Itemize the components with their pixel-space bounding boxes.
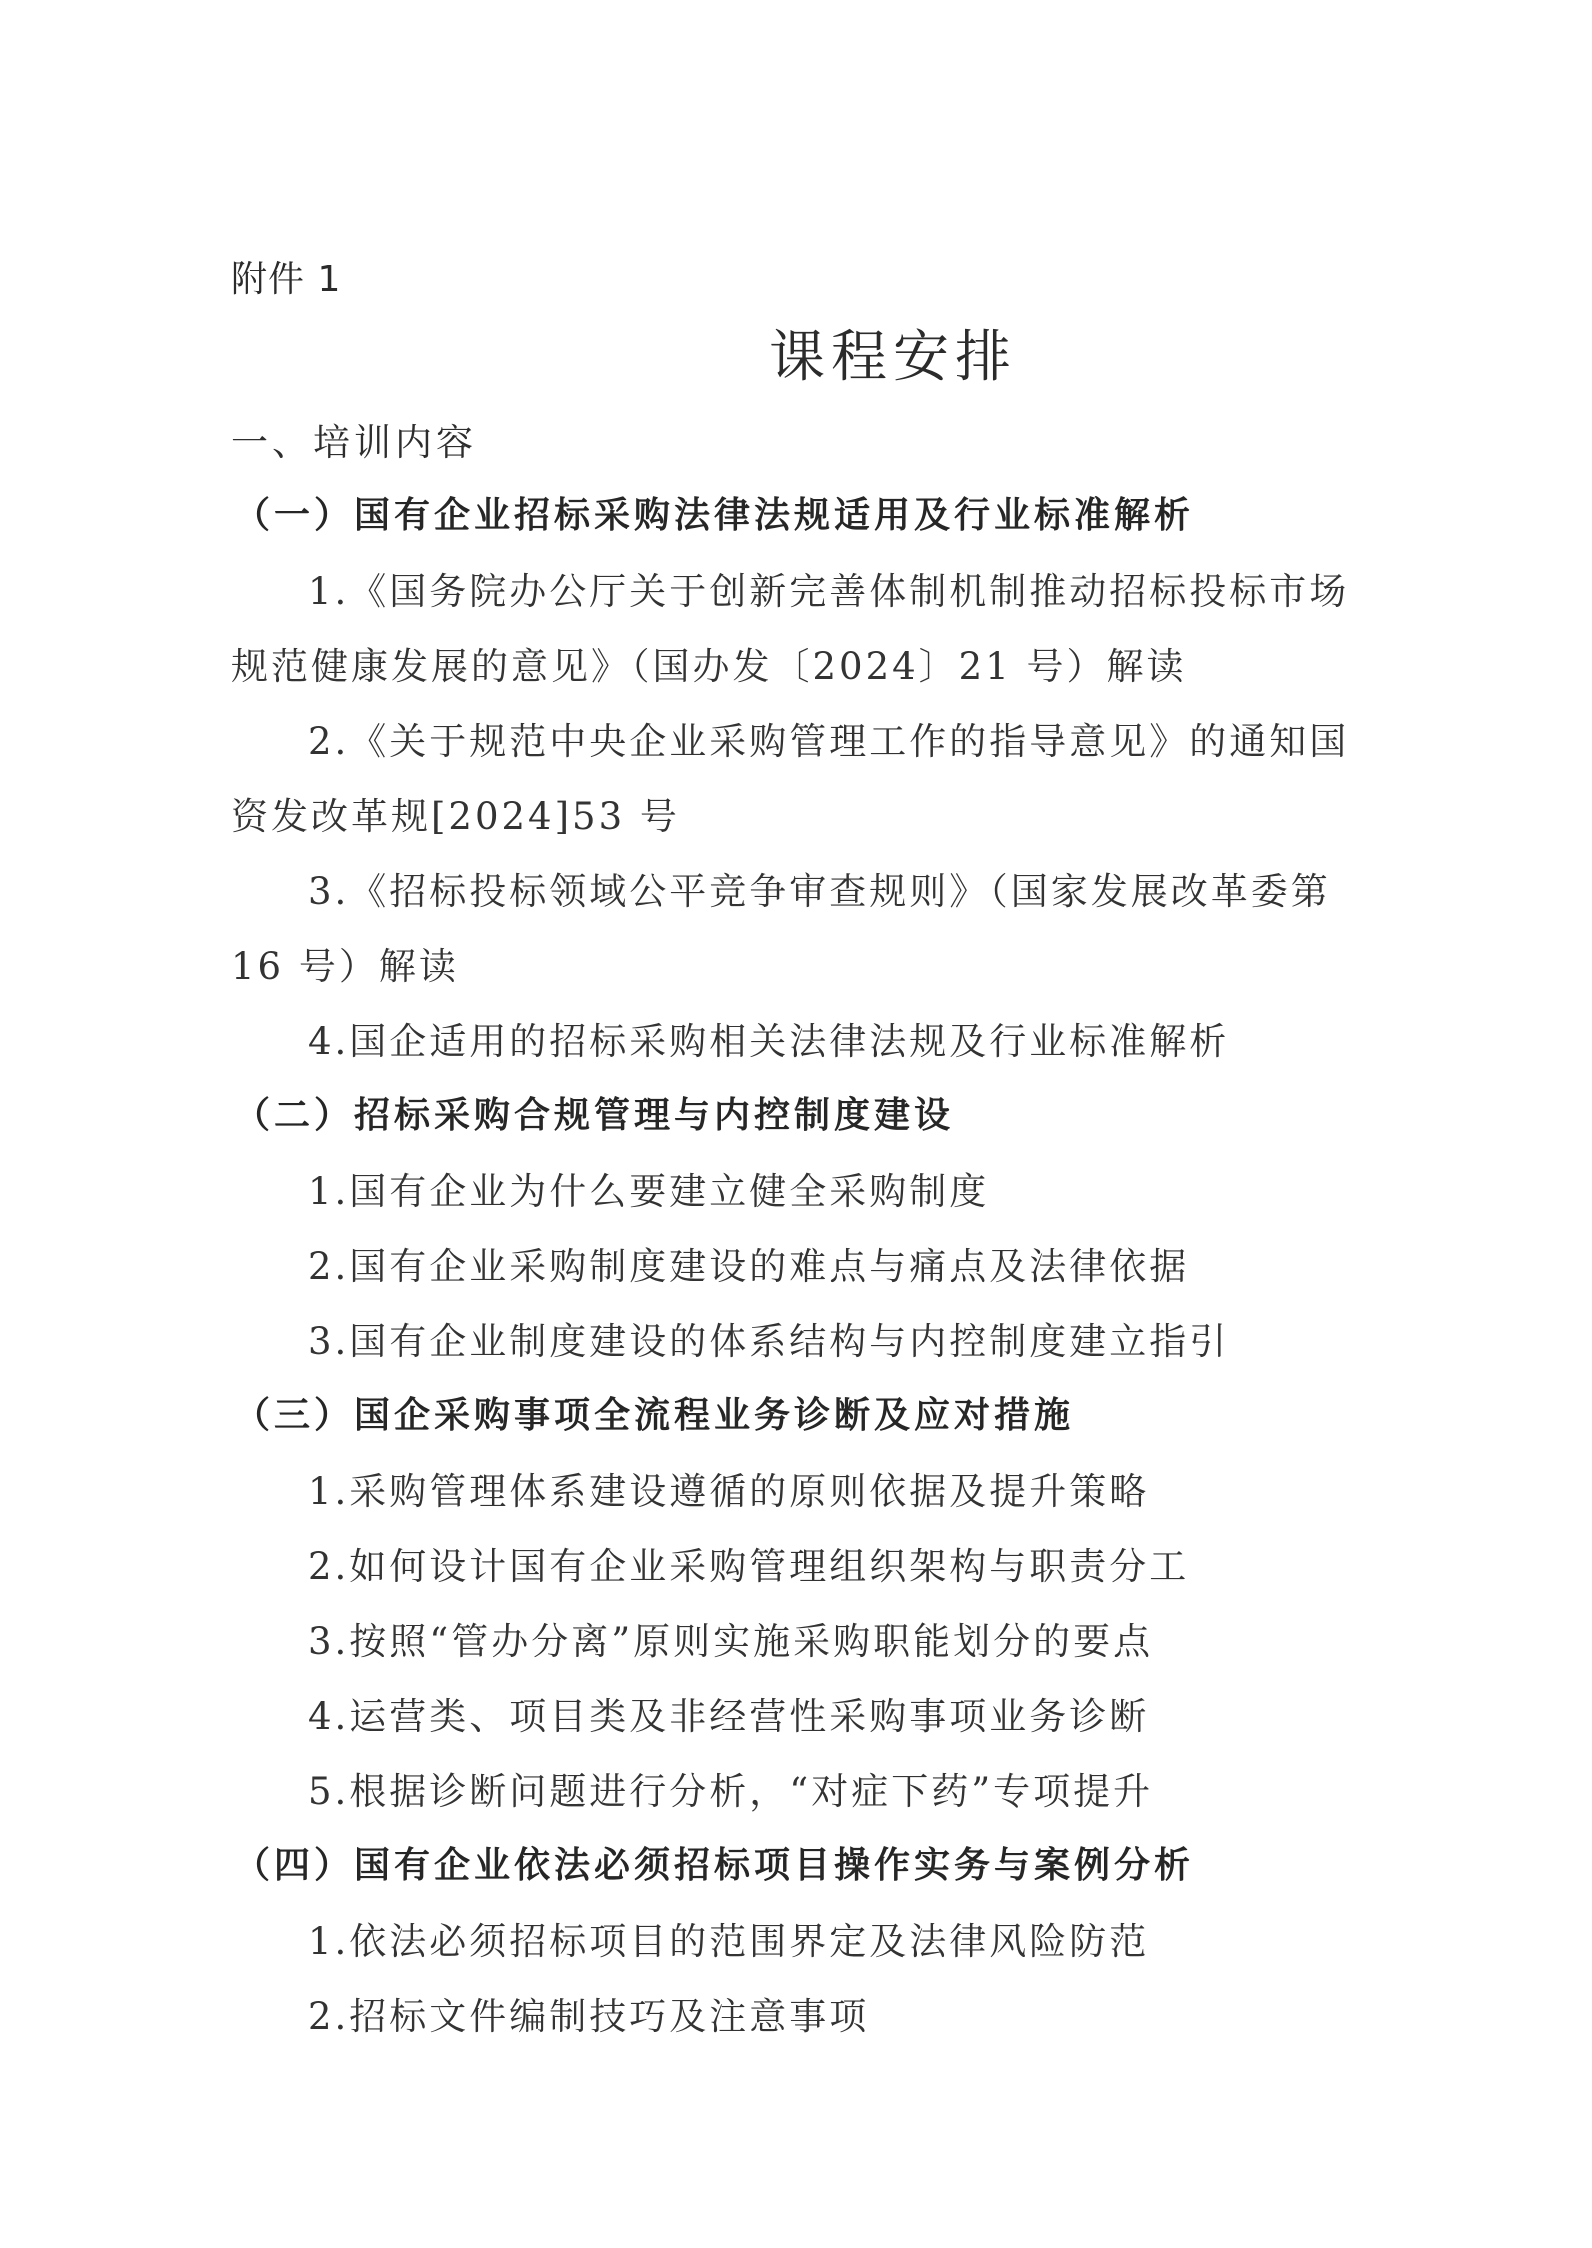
subsection-heading-2: （二）招标采购合规管理与内控制度建设 [234, 1098, 954, 1134]
document-page: 附件 1 课程安排 一、培训内容 （一）国有企业招标采购法律法规适用及行业标准解… [0, 0, 1592, 2248]
list-item-1-1-line1: 1.《国务院办公厅关于创新完善体制机制推动招标投标市场 [308, 573, 1349, 610]
list-item-1-2-line2: 资发改革规[2024]53 号 [231, 798, 680, 835]
list-item-1-3-line1: 3.《招标投标领域公平竞争审查规则》（国家发展改革委第 [308, 873, 1331, 910]
list-item-1-1-line2: 规范健康发展的意见》（国办发〔2024〕21 号）解读 [231, 648, 1187, 685]
subsection-heading-1: （一）国有企业招标采购法律法规适用及行业标准解析 [234, 498, 1194, 534]
list-item-2-2: 2.国有企业采购制度建设的难点与痛点及法律依据 [308, 1248, 1189, 1285]
list-item-3-3: 3.按照“管办分离”原则实施采购职能划分的要点 [308, 1623, 1153, 1660]
list-item-4-2: 2.招标文件编制技巧及注意事项 [308, 1998, 869, 2035]
attachment-label: 附件 1 [231, 262, 341, 298]
section-heading-training-content: 一、培训内容 [231, 424, 477, 461]
list-item-3-4: 4.运营类、项目类及非经营性采购事项业务诊断 [308, 1698, 1149, 1735]
list-item-3-2: 2.如何设计国有企业采购管理组织架构与职责分工 [308, 1548, 1189, 1585]
list-item-2-1: 1.国有企业为什么要建立健全采购制度 [308, 1173, 989, 1210]
list-item-3-1: 1.采购管理体系建设遵循的原则依据及提升策略 [308, 1473, 1149, 1510]
list-item-3-5: 5.根据诊断问题进行分析，“对症下药”专项提升 [308, 1773, 1153, 1810]
list-item-1-4: 4.国企适用的招标采购相关法律法规及行业标准解析 [308, 1023, 1229, 1060]
subsection-heading-3: （三）国企采购事项全流程业务诊断及应对措施 [234, 1398, 1074, 1434]
list-item-4-1: 1.依法必须招标项目的范围界定及法律风险防范 [308, 1923, 1149, 1960]
list-item-2-3: 3.国有企业制度建设的体系结构与内控制度建立指引 [308, 1323, 1229, 1360]
list-item-1-2-line1: 2.《关于规范中央企业采购管理工作的指导意见》的通知国 [308, 723, 1349, 760]
page-title: 课程安排 [0, 330, 1592, 386]
subsection-heading-4: （四）国有企业依法必须招标项目操作实务与案例分析 [234, 1848, 1194, 1884]
list-item-1-3-line2: 16 号）解读 [231, 948, 459, 985]
